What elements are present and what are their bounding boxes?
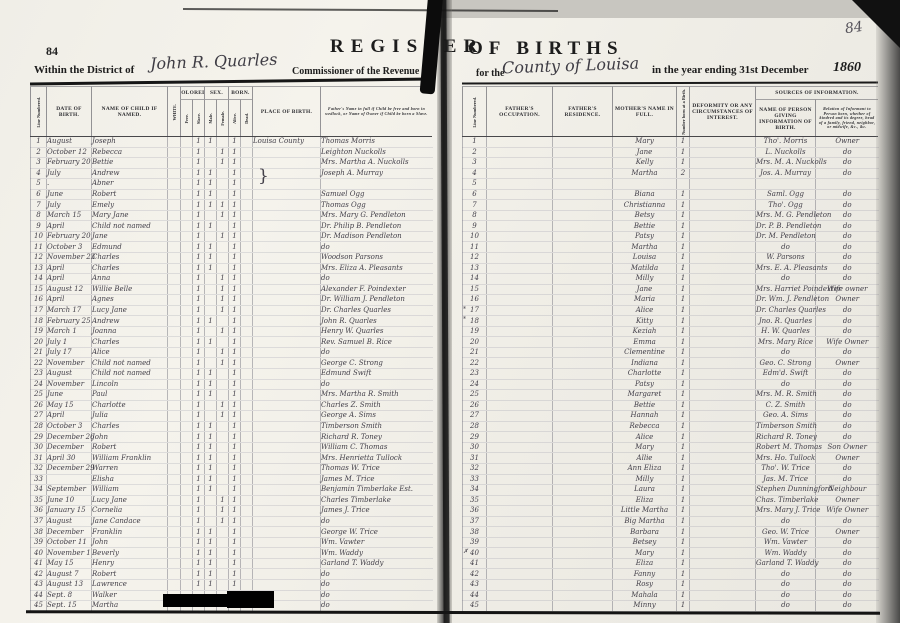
mother-name-cell: Big Martha — [613, 516, 677, 527]
father-occupation-cell — [487, 316, 553, 327]
child-name-cell: William Franklin — [92, 453, 168, 464]
colored-free-tick-cell — [181, 263, 193, 274]
father-residence-cell — [553, 548, 613, 559]
informant-name-cell: Mrs. E. A. Pleasants — [756, 263, 816, 274]
father-occupation-cell — [487, 453, 553, 464]
born-alive-tick-cell: 1 — [229, 231, 241, 242]
place-of-birth-cell — [253, 474, 321, 485]
line-number-cell-right: 42 — [463, 569, 487, 580]
date-of-birth-cell — [47, 474, 92, 485]
date-of-birth-cell: July 17 — [47, 347, 92, 358]
father-or-owner-name-cell: do — [321, 347, 433, 358]
father-or-owner-name-cell: John R. Quarles — [321, 316, 433, 327]
white-tick-cell — [168, 432, 181, 443]
born-alive-tick-cell: 1 — [229, 379, 241, 390]
sex-male-tick-cell — [205, 147, 217, 158]
sex-male-tick-cell — [205, 358, 217, 369]
number-born-cell: 1 — [677, 474, 690, 485]
informant-name-cell: Tho'. Morris — [756, 137, 816, 147]
child-name-cell: Andrew — [92, 168, 168, 179]
place-of-birth-cell — [253, 495, 321, 506]
father-residence-cell — [553, 158, 613, 169]
sex-male-tick-cell — [205, 210, 217, 221]
father-or-owner-name-cell: Benjamin Timberlake Est. — [321, 485, 433, 496]
born-alive-tick-cell: 1 — [229, 358, 241, 369]
child-name-cell: Child not named — [92, 358, 168, 369]
colored-slave-tick-cell: 1 — [193, 485, 205, 496]
number-born-cell: 1 — [677, 137, 690, 147]
sex-male-tick-cell — [205, 326, 217, 337]
date-of-birth-cell: August 13 — [47, 579, 92, 590]
number-born-cell: 1 — [677, 274, 690, 285]
child-name-cell: Robert — [92, 189, 168, 200]
date-of-birth-cell: October 3 — [47, 421, 92, 432]
table-row: 14 April Anna 1 1 1 do — [31, 274, 433, 285]
date-of-birth-cell: April 30 — [47, 453, 92, 464]
informant-relation-cell: do — [816, 168, 879, 179]
number-born-cell: 1 — [677, 263, 690, 274]
colored-free-tick-cell — [181, 147, 193, 158]
white-tick-cell — [168, 390, 181, 401]
born-dead-tick-cell — [241, 474, 253, 485]
father-or-owner-name-cell: Dr. Philip B. Pendleton — [321, 221, 433, 232]
header-informant-relation: Relation of Informant to Person born, wh… — [815, 99, 878, 137]
date-of-birth-cell: February 25 — [47, 316, 92, 327]
line-number-cell-right: 5 — [463, 179, 487, 190]
born-alive-tick-cell: 1 — [229, 263, 241, 274]
informant-name-cell: Saml. Ogg — [756, 189, 816, 200]
deformity-cell — [690, 274, 756, 285]
deformity-cell — [690, 537, 756, 548]
sex-female-tick-cell: 1 — [217, 358, 229, 369]
father-occupation-cell — [487, 326, 553, 337]
line-number-cell-right: 19 — [463, 326, 487, 337]
born-dead-tick-cell — [241, 379, 253, 390]
place-of-birth-cell — [253, 347, 321, 358]
colored-free-tick-cell — [181, 548, 193, 559]
father-or-owner-name-cell: William C. Thomas — [321, 442, 433, 453]
date-of-birth-cell: November 1 — [47, 548, 92, 559]
mother-name-cell: Maria — [613, 295, 677, 306]
white-tick-cell — [168, 463, 181, 474]
colored-slave-tick-cell: 1 — [193, 242, 205, 253]
child-name-cell: Andrew — [92, 316, 168, 327]
right-ledger-page: Line Numbered. FATHER'S OCCUPATION. FATH… — [462, 86, 878, 612]
born-dead-tick-cell — [241, 231, 253, 242]
mother-name-cell: Eliza — [613, 558, 677, 569]
mother-name-cell: Rebecca — [613, 421, 677, 432]
colored-free-tick-cell — [181, 242, 193, 253]
date-of-birth-cell: May 15 — [47, 400, 92, 411]
table-row: 33 Elisha 1 1 1 James M. Trice — [31, 474, 433, 485]
deformity-cell — [690, 200, 756, 211]
deformity-cell — [690, 295, 756, 306]
informant-name-cell: W. Parsons — [756, 253, 816, 264]
white-tick-cell — [168, 189, 181, 200]
informant-relation-cell: do — [816, 579, 879, 590]
informant-relation-cell: Wife Owner — [816, 337, 879, 348]
born-alive-tick-cell: 1 — [229, 558, 241, 569]
white-tick-cell — [168, 158, 181, 169]
table-row: 5 — [463, 179, 879, 190]
father-or-owner-name-cell: Woodson Parsons — [321, 253, 433, 264]
father-or-owner-name-cell: Mrs. Martha A. Nuckolls — [321, 158, 433, 169]
date-of-birth-cell: August — [47, 137, 92, 147]
informant-relation-cell: Owner — [816, 358, 879, 369]
date-of-birth-cell: . — [47, 179, 92, 190]
table-row: 37 Big Martha 1 do do — [463, 516, 879, 527]
father-residence-cell — [553, 463, 613, 474]
mother-name-cell: Mary — [613, 548, 677, 559]
date-of-birth-cell: September — [47, 485, 92, 496]
colored-slave-tick-cell: 1 — [193, 516, 205, 527]
child-name-cell: Child not named — [92, 221, 168, 232]
sex-female-tick-cell — [217, 221, 229, 232]
born-alive-tick-cell: 1 — [229, 516, 241, 527]
informant-relation-cell: do — [816, 316, 879, 327]
table-row: 36 Little Martha 1 Mrs. Mary J. Trice Wi… — [463, 506, 879, 517]
deformity-cell — [690, 579, 756, 590]
table-row: 1 Mary 1 Tho'. Morris Owner — [463, 137, 879, 147]
number-born-cell: 1 — [677, 411, 690, 422]
margin-mark: * — [463, 305, 466, 314]
informant-name-cell: Dr. Wm. J. Pendleton — [756, 295, 816, 306]
subtitle-commissioner: Commissioner of the Revenue — [292, 66, 419, 77]
born-dead-tick-cell — [241, 495, 253, 506]
place-of-birth-cell — [253, 242, 321, 253]
sex-male-tick-cell: 1 — [205, 390, 217, 401]
father-or-owner-name-cell: George C. Strong — [321, 358, 433, 369]
scan-right-edge-shadow — [876, 0, 900, 623]
place-of-birth-cell — [253, 358, 321, 369]
born-alive-tick-cell: 1 — [229, 548, 241, 559]
informant-relation-cell: do — [816, 326, 879, 337]
table-row: 15 Jane 1 Mrs. Harriet Poindexter Wife o… — [463, 284, 879, 295]
born-dead-tick-cell — [241, 358, 253, 369]
colored-slave-tick-cell: 1 — [193, 179, 205, 190]
colored-free-tick-cell — [181, 295, 193, 306]
informant-name-cell: Jas. M. Trice — [756, 474, 816, 485]
born-alive-tick-cell: 1 — [229, 326, 241, 337]
table-row: 10 Patsy 1 Dr. M. Pendleton do — [463, 231, 879, 242]
born-dead-tick-cell — [241, 432, 253, 443]
twin-brace-mark: } — [258, 166, 269, 186]
line-number-cell: 26 — [31, 400, 47, 411]
father-or-owner-name-cell — [321, 179, 433, 190]
sex-female-tick-cell: 1 — [217, 231, 229, 242]
informant-relation-cell: do — [816, 253, 879, 264]
table-row: 32 December 29 Warren 1 1 1 Thomas W. Tr… — [31, 463, 433, 474]
number-born-cell: 2 — [677, 168, 690, 179]
colored-slave-tick-cell: 1 — [193, 411, 205, 422]
sex-female-tick-cell: 1 — [217, 411, 229, 422]
colored-free-tick-cell — [181, 516, 193, 527]
header-sex: SEX. — [204, 86, 228, 99]
line-number-cell: 42 — [31, 569, 47, 580]
born-dead-tick-cell — [241, 253, 253, 264]
table-row: 10 February 20 Jane 1 1 1 Dr. Madison Pe… — [31, 231, 433, 242]
born-dead-tick-cell — [241, 485, 253, 496]
line-number-cell-right: 37 — [463, 516, 487, 527]
line-number-cell: 14 — [31, 274, 47, 285]
child-name-cell: Charles — [92, 263, 168, 274]
line-number-cell: 3 — [31, 158, 47, 169]
date-of-birth-cell: June 10 — [47, 495, 92, 506]
place-of-birth-cell — [253, 295, 321, 306]
date-of-birth-cell: October 3 — [47, 242, 92, 253]
father-or-owner-name-cell: do — [321, 516, 433, 527]
header-sources-of-information: SOURCES OF INFORMATION. — [755, 86, 878, 99]
table-row: 23 Charlotte 1 Edm'd. Swift do — [463, 369, 879, 380]
sex-male-tick-cell — [205, 158, 217, 169]
father-occupation-cell — [487, 558, 553, 569]
number-born-cell: 1 — [677, 537, 690, 548]
line-number-cell: 36 — [31, 506, 47, 517]
colored-slave-tick-cell: 1 — [193, 210, 205, 221]
informant-name-cell: Mrs. Ho. Tullock — [756, 453, 816, 464]
born-alive-tick-cell: 1 — [229, 337, 241, 348]
born-dead-tick-cell — [241, 453, 253, 464]
white-tick-cell — [168, 400, 181, 411]
table-row: 15 August 12 Willie Belle 1 1 1 Alexande… — [31, 284, 433, 295]
mother-name-cell: Betsy — [613, 210, 677, 221]
born-alive-tick-cell: 1 — [229, 295, 241, 306]
header-father-residence: FATHER'S RESIDENCE. — [552, 86, 612, 137]
line-number-cell-right: 27 — [463, 411, 487, 422]
place-of-birth-cell — [253, 147, 321, 158]
sex-female-tick-cell — [217, 474, 229, 485]
deformity-cell — [690, 453, 756, 464]
table-row: 31 April 30 William Franklin 1 1 1 Mrs. … — [31, 453, 433, 464]
white-tick-cell — [168, 200, 181, 211]
informant-relation-cell: do — [816, 474, 879, 485]
born-dead-tick-cell — [241, 558, 253, 569]
table-row: 3 Kelly 1 Mrs. M. A. Nuckolls do — [463, 158, 879, 169]
deformity-cell — [690, 369, 756, 380]
line-number-cell-right: 38 — [463, 527, 487, 538]
child-name-cell: John — [92, 432, 168, 443]
born-dead-tick-cell — [241, 537, 253, 548]
sex-male-tick-cell — [205, 506, 217, 517]
date-of-birth-cell: March 15 — [47, 210, 92, 221]
father-residence-cell — [553, 263, 613, 274]
colored-free-tick-cell — [181, 358, 193, 369]
sex-male-tick-cell: 1 — [205, 421, 217, 432]
sex-male-tick-cell — [205, 305, 217, 316]
father-or-owner-name-cell: Edmund Swift — [321, 369, 433, 380]
informant-name-cell: do — [756, 274, 816, 285]
informant-relation-cell: do — [816, 400, 879, 411]
father-occupation-cell — [487, 390, 553, 401]
white-tick-cell — [168, 548, 181, 559]
informant-name-cell: Wm. Waddy — [756, 548, 816, 559]
sex-male-tick-cell: 1 — [205, 263, 217, 274]
father-occupation-cell — [487, 337, 553, 348]
white-tick-cell — [168, 347, 181, 358]
informant-relation-cell: do — [816, 369, 879, 380]
line-number-cell-right: 31 — [463, 453, 487, 464]
informant-name-cell: Dr. M. Pendleton — [756, 231, 816, 242]
line-number-cell-right: 3 — [463, 158, 487, 169]
sex-female-tick-cell: 1 — [217, 158, 229, 169]
father-residence-cell — [553, 411, 613, 422]
table-row: 8 Betsy 1 Mrs. M. G. Pendleton do — [463, 210, 879, 221]
father-or-owner-name-cell: Timberson Smith — [321, 421, 433, 432]
colored-free-tick-cell — [181, 326, 193, 337]
father-or-owner-name-cell: Wm. Vawter — [321, 537, 433, 548]
date-of-birth-cell: August — [47, 516, 92, 527]
informant-name-cell: do — [756, 379, 816, 390]
date-of-birth-cell: April — [47, 221, 92, 232]
father-or-owner-name-cell: Joseph A. Murray — [321, 168, 433, 179]
born-dead-tick-cell — [241, 506, 253, 517]
line-number-cell: 30 — [31, 442, 47, 453]
table-row: 32 Ann Eliza 1 Tho'. W. Trice do — [463, 463, 879, 474]
sex-female-tick-cell — [217, 442, 229, 453]
deformity-cell — [690, 358, 756, 369]
date-of-birth-cell: April — [47, 295, 92, 306]
informant-relation-cell: Owner — [816, 527, 879, 538]
deformity-cell — [690, 221, 756, 232]
father-occupation-cell — [487, 506, 553, 517]
born-alive-tick-cell: 1 — [229, 242, 241, 253]
number-born-cell: 1 — [677, 369, 690, 380]
table-row: 34 September William 1 1 1 Benjamin Timb… — [31, 485, 433, 496]
header-informant-name: NAME OF PERSON GIVING INFORMATION OF BIR… — [755, 99, 815, 137]
line-number-cell-right: 28 — [463, 421, 487, 432]
colored-slave-tick-cell: 1 — [193, 168, 205, 179]
line-number-cell: 9 — [31, 221, 47, 232]
mother-name-cell: Indiana — [613, 358, 677, 369]
father-residence-cell — [553, 316, 613, 327]
father-residence-cell — [553, 558, 613, 569]
deformity-cell — [690, 601, 756, 612]
header-number-born: Number born at a Birth. — [676, 86, 689, 137]
mother-name-cell: Kelly — [613, 158, 677, 169]
born-dead-tick-cell — [241, 242, 253, 253]
table-row: 11 Martha 1 do do — [463, 242, 879, 253]
child-name-cell: Franklin — [92, 527, 168, 538]
header-date-of-birth: DATE OF BIRTH. — [46, 86, 91, 137]
line-number-cell: 32 — [31, 463, 47, 474]
mother-name-cell: Bettie — [613, 221, 677, 232]
child-name-cell: Jane Candace — [92, 516, 168, 527]
line-number-cell: 31 — [31, 453, 47, 464]
child-name-cell: Mary Jane — [92, 210, 168, 221]
father-residence-cell — [553, 569, 613, 580]
colored-slave-tick-cell: 1 — [193, 200, 205, 211]
subtitle-for-the: for the — [476, 68, 504, 79]
born-alive-tick-cell: 1 — [229, 179, 241, 190]
mother-name-cell: Jane — [613, 147, 677, 158]
sex-female-tick-cell — [217, 337, 229, 348]
born-alive-tick-cell: 1 — [229, 210, 241, 221]
father-or-owner-name-cell: Mrs. Mary G. Pendleton — [321, 210, 433, 221]
child-name-cell: Charles — [92, 253, 168, 264]
white-tick-cell — [168, 411, 181, 422]
line-number-cell: 33 — [31, 474, 47, 485]
line-number-cell: 29 — [31, 432, 47, 443]
number-born-cell: 1 — [677, 390, 690, 401]
white-tick-cell — [168, 569, 181, 580]
informant-name-cell: Geo. A. Sims — [756, 411, 816, 422]
number-born-cell: 1 — [677, 305, 690, 316]
number-born-cell: 1 — [677, 590, 690, 601]
deformity-cell — [690, 242, 756, 253]
colored-free-tick-cell — [181, 347, 193, 358]
born-dead-tick-cell — [241, 210, 253, 221]
place-of-birth-cell — [253, 284, 321, 295]
white-tick-cell — [168, 305, 181, 316]
sex-male-tick-cell: 1 — [205, 453, 217, 464]
line-number-cell-right: 20 — [463, 337, 487, 348]
number-born-cell: 1 — [677, 158, 690, 169]
informant-relation-cell: do — [816, 558, 879, 569]
sex-female-tick-cell: 1 — [217, 506, 229, 517]
born-alive-tick-cell: 1 — [229, 432, 241, 443]
born-alive-tick-cell: 1 — [229, 495, 241, 506]
deformity-cell — [690, 347, 756, 358]
date-of-birth-cell: June — [47, 189, 92, 200]
father-residence-cell — [553, 537, 613, 548]
informant-relation-cell: do — [816, 390, 879, 401]
informant-name-cell: do — [756, 516, 816, 527]
colored-slave-tick-cell: 1 — [193, 347, 205, 358]
father-residence-cell — [553, 295, 613, 306]
mother-name-cell: Jane — [613, 284, 677, 295]
sex-female-tick-cell: 1 — [217, 147, 229, 158]
date-of-birth-cell: August 12 — [47, 284, 92, 295]
left-ledger-page: Line Numbered. DATE OF BIRTH. NAME OF CH… — [30, 86, 432, 612]
colored-free-tick-cell — [181, 158, 193, 169]
sex-female-tick-cell: 1 — [217, 400, 229, 411]
number-born-cell: 1 — [677, 210, 690, 221]
child-name-cell: Rebecca — [92, 147, 168, 158]
born-alive-tick-cell: 1 — [229, 137, 241, 147]
born-alive-tick-cell: 1 — [229, 485, 241, 496]
colored-slave-tick-cell: 1 — [193, 369, 205, 380]
child-name-cell: Charles — [92, 337, 168, 348]
father-occupation-cell — [487, 295, 553, 306]
place-of-birth-cell — [253, 337, 321, 348]
sex-male-tick-cell — [205, 495, 217, 506]
place-of-birth-cell — [253, 400, 321, 411]
date-of-birth-cell: May 15 — [47, 558, 92, 569]
table-row: 35 June 10 Lucy Jane 1 1 1 Charles Timbe… — [31, 495, 433, 506]
table-row: 25 June Paul 1 1 1 Mrs. Martha R. Smith — [31, 390, 433, 401]
line-number-cell-right: 1 — [463, 137, 487, 147]
born-dead-tick-cell — [241, 284, 253, 295]
born-alive-tick-cell: 1 — [229, 284, 241, 295]
born-alive-tick-cell: 1 — [229, 527, 241, 538]
colored-free-tick-cell — [181, 137, 193, 147]
place-of-birth-cell — [253, 453, 321, 464]
place-of-birth-cell — [253, 569, 321, 580]
table-row: 5 . Abner 1 1 1 — [31, 179, 433, 190]
place-of-birth-cell — [253, 210, 321, 221]
colored-free-tick-cell — [181, 474, 193, 485]
father-residence-cell — [553, 358, 613, 369]
white-tick-cell — [168, 379, 181, 390]
father-residence-cell — [553, 421, 613, 432]
colored-free-tick-cell — [181, 400, 193, 411]
line-number-cell-right: 29 — [463, 432, 487, 443]
colored-slave-tick-cell: 1 — [193, 558, 205, 569]
header-born-dead: Dead. — [240, 99, 252, 137]
colored-free-tick-cell — [181, 558, 193, 569]
colored-free-tick-cell — [181, 569, 193, 580]
white-tick-cell — [168, 421, 181, 432]
